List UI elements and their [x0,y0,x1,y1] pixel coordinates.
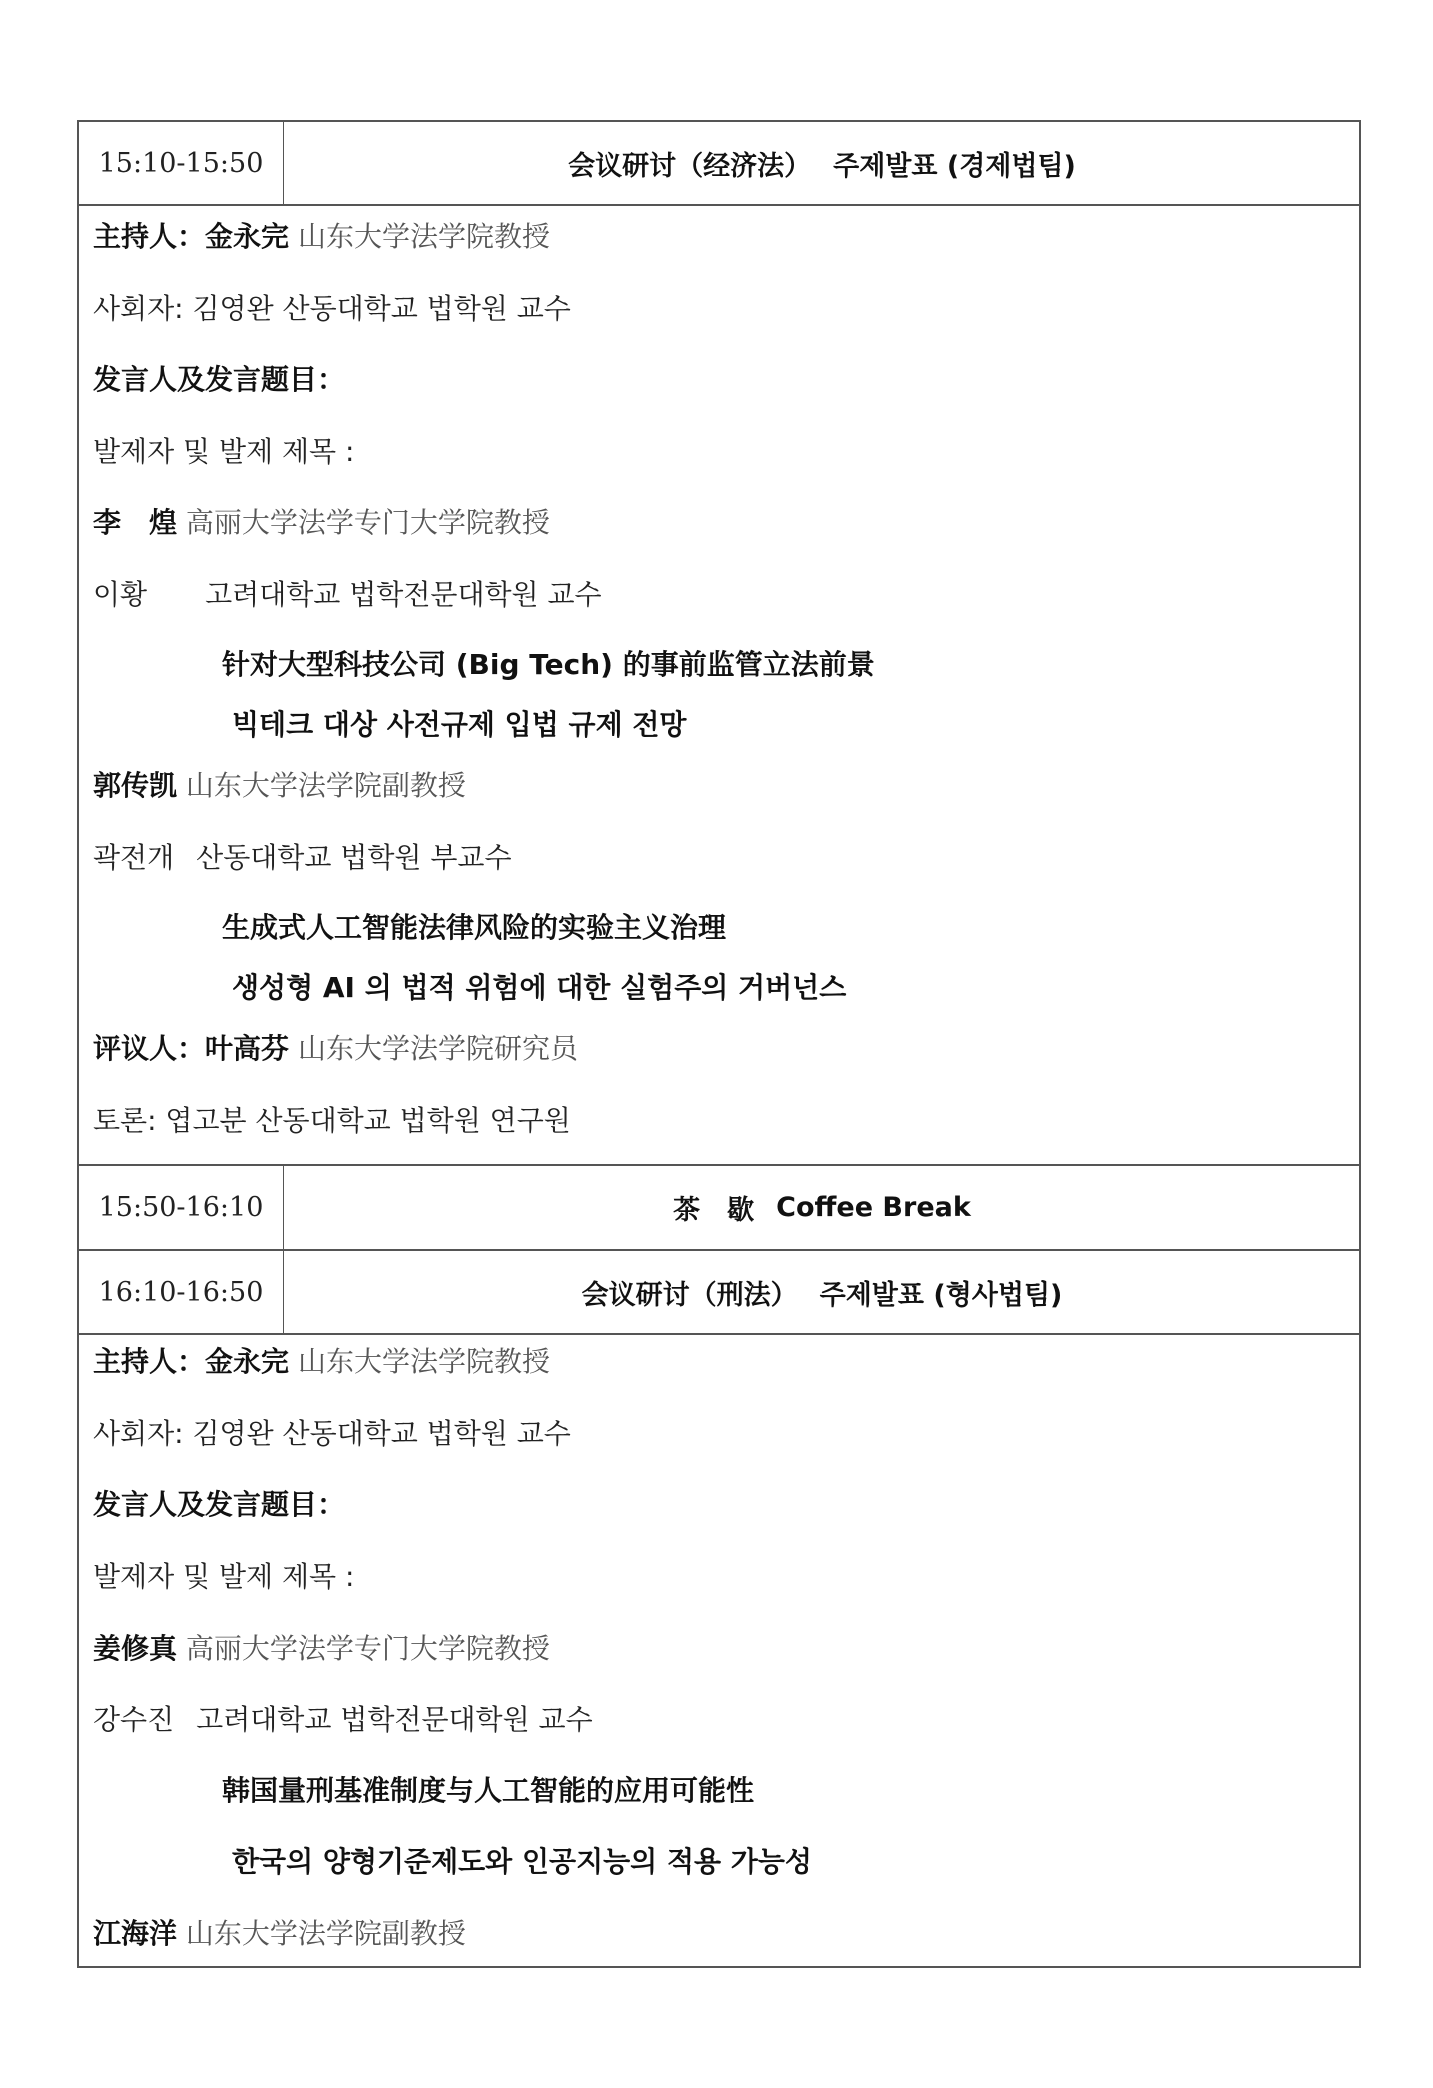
speaker-topic-cn: 韩国量刑基准制度与人工智能的应用可能性 [222,1771,754,1811]
speaker-cn: 郭传凯 山东大学法学院副教授 [93,766,466,806]
coffee-break-en: Coffee Break [776,1192,971,1223]
speaker-cn: 姜修真 高丽大学法学专门大学院教授 [93,1629,550,1669]
session-title: 会议研讨（经济法） 주제발표 (경제법팀) [285,122,1359,204]
speaker-cn: 江海洋 山东大学法学院副教授 [93,1914,466,1954]
moderator-label: 主持人： [93,1345,205,1378]
speaker-topic-cn: 生成式人工智能法律风险的实验主义治理 [222,908,726,948]
commentator-kr: 토론: 엽고분 산동대학교 법학원 연구원 [93,1101,571,1141]
session-title-kr: 주제발표 (경제법팀) [833,144,1076,183]
commentator-affiliation: 山东大学法学院研究员 [298,1032,578,1065]
speaker-affiliation: 高丽大学法学专门大学院教授 [186,506,550,539]
speaker-name: 姜修真 [93,1632,177,1665]
speaker-affiliation-kr: 고려대학교 법학전문대학원 교수 [196,1703,592,1736]
speaker-affiliation-kr: 산동대학교 법학원 부교수 [196,841,511,874]
speakers-heading-kr: 발제자 및 발제 제목 : [93,432,354,472]
coffee-break-cn: 茶 歇 [673,1188,754,1227]
speaker-name: 江海洋 [93,1917,177,1950]
speaker-name-kr: 곽전개 [93,841,174,874]
moderator-cn: 主持人：金永完 山东大学法学院教授 [93,1342,550,1382]
session-time: 15:50-16:10 [79,1166,284,1249]
session-title-cn: 会议研讨（刑法） [582,1273,798,1312]
speaker-topic-kr: 빅테크 대상 사전규제 입법 규제 전망 [232,705,686,745]
coffee-break-row: 15:50-16:10 茶 歇 Coffee Break [79,1164,1359,1251]
moderator-kr: 사회자: 김영완 산동대학교 법학원 교수 [93,1414,571,1454]
moderator-kr: 사회자: 김영완 산동대학교 법학원 교수 [93,289,571,329]
speaker-affiliation: 山东大学法学院副教授 [186,1917,466,1950]
session-time: 15:10-15:50 [79,122,284,204]
speaker-name-kr: 이황 [93,578,147,611]
moderator-affiliation: 山东大学法学院教授 [298,220,550,253]
speaker-kr: 강수진고려대학교 법학전문대학원 교수 [93,1700,593,1740]
schedule-table: 15:10-15:50 会议研讨（经济法） 주제발표 (경제법팀) 主持人：金永… [77,120,1361,1968]
session-title: 会议研讨（刑法） 주제발표 (형사법팀) [285,1251,1359,1333]
moderator-name: 金永完 [205,220,289,253]
speaker-affiliation-kr: 고려대학교 법학전문대학원 교수 [205,578,601,611]
commentator-name: 叶高芬 [205,1032,289,1065]
speaker-name-kr: 강수진 [93,1703,174,1736]
speakers-heading-kr: 발제자 및 발제 제목 : [93,1557,354,1597]
speaker-affiliation: 山东大学法学院副教授 [186,769,466,802]
session-header-row: 15:10-15:50 会议研讨（经济法） 주제발표 (경제법팀) [79,122,1359,206]
speaker-topic-cn: 针对大型科技公司 (Big Tech) 的事前监管立法前景 [222,645,875,685]
speaker-name: 郭传凯 [93,769,177,802]
speaker-cn: 李 煌 高丽大学法学专门大学院教授 [93,503,550,543]
session-time: 16:10-16:50 [79,1251,284,1333]
speakers-heading-cn: 发言人及发言题目： [93,1485,345,1525]
session-title: 茶 歇 Coffee Break [285,1166,1359,1249]
speakers-heading-cn: 发言人及发言题目： [93,360,345,400]
speaker-affiliation: 高丽大学法学专门大学院教授 [186,1632,550,1665]
speaker-topic-kr: 한국의 양형기준제도와 인공지능의 적용 가능성 [232,1842,812,1882]
moderator-affiliation: 山东大学法学院教授 [298,1345,550,1378]
speaker-name: 李 煌 [93,506,177,539]
speaker-kr: 이황고려대학교 법학전문대학원 교수 [93,575,602,615]
speaker-kr: 곽전개산동대학교 법학원 부교수 [93,838,512,878]
moderator-name: 金永完 [205,1345,289,1378]
moderator-label: 主持人： [93,220,205,253]
session-header-row: 16:10-16:50 会议研讨（刑法） 주제발표 (형사법팀) [79,1251,1359,1335]
session-title-cn: 会议研讨（经济法） [568,144,811,183]
commentator-cn: 评议人：叶高芬 山东大学法学院研究员 [93,1029,578,1069]
speaker-topic-kr: 생성형 AI 의 법적 위험에 대한 실험주의 거버넌스 [232,968,846,1008]
moderator-cn: 主持人：金永完 山东大学法学院教授 [93,217,550,257]
commentator-label: 评议人： [93,1032,205,1065]
session-title-kr: 주제발표 (형사법팀) [820,1273,1063,1312]
